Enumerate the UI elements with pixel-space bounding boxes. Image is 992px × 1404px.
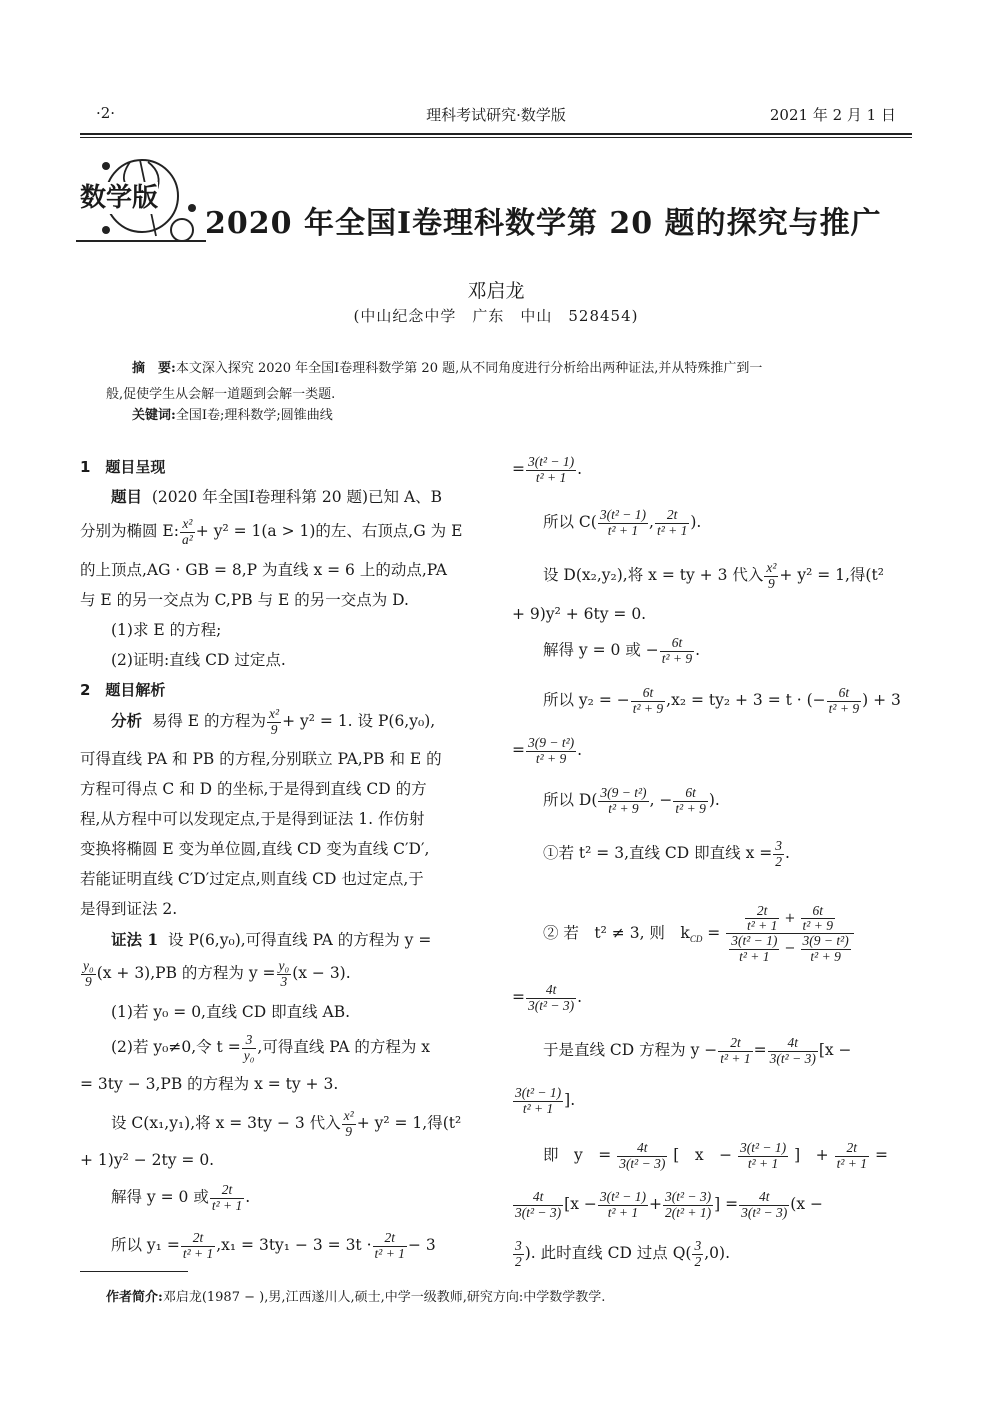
fraction: 3(t² − 1)t² + 1 <box>598 1190 648 1219</box>
analysis-text: 方程可得点 C 和 D 的坐标,于是得到直线 CD 的方 <box>80 774 427 804</box>
fraction: 3(t² − 3)2(t² + 1) <box>663 1190 713 1219</box>
proof-text: = <box>512 741 525 759</box>
proof-text: [ x − <box>673 1146 732 1164</box>
proof-text: ,x₁ = 3ty₁ − 3 = 3t · <box>216 1236 371 1254</box>
fraction: 3(t² − 1)t² + 1 <box>526 455 576 484</box>
fraction: 3(9 − t²)t² + 9 <box>526 736 576 765</box>
fraction: 32 <box>513 1239 524 1268</box>
proof-text: 所以 D( <box>543 791 597 809</box>
compound-fraction: 2tt² + 1 + 6tt² + 9 3(t² − 1)t² + 1 − 3(… <box>726 904 853 964</box>
proof-text: 解得 y = 0 或 − <box>543 641 659 659</box>
article-title: 2020 年全国Ⅰ卷理科数学第 20 题的探究与推广 <box>205 198 882 242</box>
proof-text: + 9)y² + 6ty = 0. <box>512 599 646 629</box>
proof-text: + y² = 1,得(t² <box>357 1114 462 1132</box>
issue-date: 2021 年 2 月 1 日 <box>770 104 896 125</box>
problem-label: 题目 <box>111 487 142 506</box>
logo-text: 数学版 <box>80 182 158 214</box>
analysis-text: 可得直线 PA 和 PB 的方程,分别联立 PA,PB 和 E 的 <box>80 744 442 774</box>
fraction: 6tt² + 9 <box>631 686 665 715</box>
fraction: 4t3(t² − 3) <box>526 983 576 1012</box>
fraction: 2tt² + 1 <box>373 1231 407 1260</box>
author-affiliation: (中山纪念中学 广东 中山 528454) <box>0 305 992 326</box>
proof-text: (x − 3). <box>292 964 350 982</box>
question-2: (2)证明:直线 CD 过定点. <box>80 645 286 675</box>
problem-text: 分别为椭圆 E: <box>80 522 179 540</box>
proof-text: (x − <box>790 1195 823 1213</box>
fraction: 3(t² − 1)t² + 1 <box>513 1086 563 1115</box>
proof-text: = <box>875 1146 888 1164</box>
section-heading-1: 1 题目呈现 <box>80 452 165 482</box>
analysis-text: 变换将椭圆 E 变为单位圆,直线 CD 变为直线 C′D′, <box>80 834 429 864</box>
proof-text: ). <box>709 791 720 809</box>
fraction: 6tt² + 9 <box>660 636 694 665</box>
fraction: 3(t² − 1)t² + 1 <box>738 1141 788 1170</box>
proof-text: 设 P(6,y₀),可得直线 PA 的方程为 y = <box>168 931 431 949</box>
fraction: 3(9 − t²)t² + 9 <box>598 786 648 815</box>
fraction: 6tt² + 9 <box>673 786 707 815</box>
proof-text: ). <box>690 513 701 531</box>
proof-text: 设 C(x₁,y₁),将 x = 3ty − 3 代入 <box>111 1114 341 1132</box>
fixed-point-conclusion: ). 此时直线 CD 过点 Q( <box>525 1244 692 1262</box>
footnote-rule <box>80 1271 188 1272</box>
fraction: 2tt² + 1 <box>210 1183 244 1212</box>
author-bio-footnote: 作者简介:邓启龙(1987 − ),男,江西遂川人,硕士,中学一级教师,研究方向… <box>106 1286 605 1305</box>
keywords: 关键词:全国Ⅰ卷;理科数学;圆锥曲线 <box>132 404 333 423</box>
footnote-label: 作者简介: <box>106 1290 163 1305</box>
fraction: 4t3(t² − 3) <box>513 1190 563 1219</box>
fraction: 4t3(t² − 3) <box>768 1036 818 1065</box>
proof-text: 解得 y = 0 或 <box>111 1188 209 1206</box>
fraction: 2tt² + 1 <box>181 1231 215 1260</box>
fraction: 4t3(t² − 3) <box>617 1141 667 1170</box>
proof-text: + y² = 1,得(t² <box>779 566 884 584</box>
proof-text: [x − <box>564 1195 597 1213</box>
case-2: ,可得直线 PA 的方程为 x <box>257 1038 430 1056</box>
proof-text: 所以 y₂ = − <box>543 691 630 709</box>
problem-text: + y² = 1(a > 1)的左、右顶点,G 为 E <box>196 522 463 540</box>
fraction: x²9 <box>267 707 281 736</box>
fraction: 3y₀ <box>242 1033 257 1062</box>
fraction: x²9 <box>764 561 778 590</box>
fraction: 2tt² + 1 <box>718 1036 752 1065</box>
problem-text: 的上顶点,AG · GB = 8,P 为直线 x = 6 上的动点,PA <box>80 555 447 585</box>
fraction: x²a² <box>180 517 195 546</box>
proof-text: − 3 <box>408 1236 436 1254</box>
proof-text: , − <box>650 791 673 809</box>
proof-text: ,x₂ = ty₂ + 3 = t · (− <box>666 691 826 709</box>
proof-text: ] = <box>714 1195 738 1213</box>
section-logo: 数学版 <box>76 152 206 244</box>
proof-text: = 3ty − 3,PB 的方程为 x = ty + 3. <box>80 1069 338 1099</box>
abstract: 摘 要:本文深入探究 2020 年全国Ⅰ卷理科数学第 20 题,从不同角度进行分… <box>106 356 914 408</box>
proof1-label: 证法 1 <box>111 930 158 949</box>
header-rule <box>80 133 912 138</box>
author-name: 邓启龙 <box>0 276 992 303</box>
proof-text: 即 y = <box>543 1146 611 1164</box>
fixed-point-conclusion: ,0). <box>704 1244 730 1262</box>
abstract-label: 摘 要: <box>132 361 176 376</box>
case-1: (1)若 y₀ = 0,直线 CD 即直线 AB. <box>80 997 350 1027</box>
proof-text: 所以 C( <box>543 513 597 531</box>
line-equation: = <box>754 1041 767 1059</box>
fraction: y₀9 <box>81 959 96 988</box>
analysis-text: + y² = 1. 设 P(6,y₀), <box>282 712 435 730</box>
question-1: (1)求 E 的方程; <box>80 615 221 645</box>
line-equation: [x − <box>819 1041 852 1059</box>
analysis-text: 是得到证法 2. <box>80 894 177 924</box>
proof-text: + <box>649 1195 662 1213</box>
proof-text: (x + 3),PB 的方程为 y = <box>97 964 276 982</box>
subscript: CD <box>690 934 703 944</box>
proof-text: ] + <box>794 1146 829 1164</box>
analysis-text: 若能证明直线 C′D′过定点,则直线 CD 也过定点,于 <box>80 864 424 894</box>
analysis-text: 易得 E 的方程为 <box>152 712 266 730</box>
fraction: 32 <box>692 1239 703 1268</box>
case-1: ①若 t² = 3,直线 CD 即直线 x = <box>543 844 772 862</box>
proof-text: , <box>649 513 654 531</box>
problem-text: 与 E 的另一交点为 C,PB 与 E 的另一交点为 D. <box>80 585 409 615</box>
abstract-text: 本文深入探究 2020 年全国Ⅰ卷理科数学第 20 题,从不同角度进行分析给出两… <box>176 361 763 376</box>
proof-text: 所以 y₁ = <box>111 1236 180 1254</box>
case-2: (2)若 y₀≠0,令 t = <box>111 1038 241 1056</box>
section-heading-2: 2 题目解析 <box>80 675 165 705</box>
analysis-label: 分析 <box>111 711 142 730</box>
analysis-text: 程,从方程中可以发现定点,于是得到证法 1. 作仿射 <box>80 804 425 834</box>
fraction: x²9 <box>342 1109 356 1138</box>
fraction: 2tt² + 1 <box>655 508 689 537</box>
fraction: 4t3(t² − 3) <box>739 1190 789 1219</box>
fraction: y₀3 <box>277 959 292 988</box>
proof-text: = <box>512 988 525 1006</box>
case-2: = <box>707 924 720 942</box>
footnote-text: 邓启龙(1987 − ),男,江西遂川人,硕士,中学一级教师,研究方向:中学数学… <box>163 1290 606 1305</box>
proof-text: + 1)y² − 2ty = 0. <box>80 1145 214 1175</box>
proof-text: ) + 3 <box>862 691 901 709</box>
fraction: 6tt² + 9 <box>827 686 861 715</box>
fraction: 2tt² + 1 <box>835 1141 869 1170</box>
keywords-text: 全国Ⅰ卷;理科数学;圆锥曲线 <box>176 408 333 423</box>
proof-text: = <box>512 460 525 478</box>
fraction: 3(t² − 1)t² + 1 <box>598 508 648 537</box>
problem-text: (2020 年全国Ⅰ卷理科第 20 题)已知 A、B <box>152 488 442 506</box>
keywords-label: 关键词: <box>132 408 176 423</box>
running-header: ·2· 理科考试研究·数学版 2021 年 2 月 1 日 <box>96 104 896 128</box>
proof-text: 设 D(x₂,y₂),将 x = ty + 3 代入 <box>543 566 763 584</box>
line-equation: 于是直线 CD 方程为 y − <box>543 1041 717 1059</box>
fraction: 32 <box>773 839 784 868</box>
line-equation: ]. <box>564 1091 575 1109</box>
case-2: ② 若 t² ≠ 3, 则 k <box>543 924 690 942</box>
